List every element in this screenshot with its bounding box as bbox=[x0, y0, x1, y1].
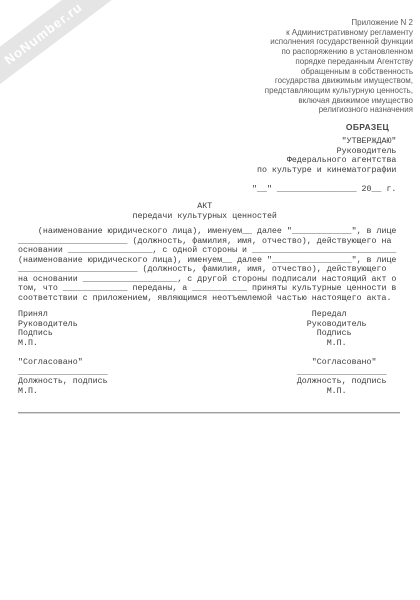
act-title: АКТ передачи культурных ценностей bbox=[18, 202, 277, 221]
body-line: (наименование юридического лица), именуе… bbox=[18, 256, 396, 266]
document-page: NoNumber.ru Приложение N 2 к Администрат… bbox=[0, 0, 420, 600]
act-title-line: АКТ bbox=[18, 202, 277, 212]
appendix-line: к Административному регламенту bbox=[265, 28, 413, 38]
act-body-paragraph: (наименование юридического лица), именуе… bbox=[18, 227, 396, 303]
signature-line-blank bbox=[18, 348, 386, 358]
appendix-line: порядке переданным Агентству bbox=[265, 57, 413, 67]
approval-date-line: "__" ________________ 20__ г. bbox=[18, 185, 396, 195]
body-line: ________________________ (должность, фам… bbox=[18, 265, 396, 275]
approval-line: Федерального агентства bbox=[18, 156, 396, 166]
body-line: (наименование юридического лица), именуе… bbox=[18, 227, 396, 237]
approval-line: "УТВЕРЖДАЮ" bbox=[18, 137, 396, 147]
signature-line: М.П. М.П. bbox=[18, 339, 386, 349]
appendix-line: религиозного назначения bbox=[265, 105, 413, 115]
watermark-text: NoNumber.ru bbox=[1, 0, 85, 67]
approval-line: по культуре и кинематографии bbox=[18, 166, 396, 176]
signature-line: Принял Передал bbox=[18, 310, 386, 320]
signature-line: Должность, подпись Должность, подпись bbox=[18, 377, 386, 387]
appendix-line: представляющим культурную ценность, bbox=[265, 86, 413, 96]
act-subtitle-line: передачи культурных ценностей bbox=[18, 212, 277, 222]
appendix-line: исполнения государственной функции bbox=[265, 37, 413, 47]
divider-line bbox=[18, 412, 400, 414]
body-line: соответствии с приложением, являющимся н… bbox=[18, 294, 396, 304]
appendix-line: государства движимым имуществом, bbox=[265, 76, 413, 86]
appendix-line: по распоряжению в установленном bbox=[265, 47, 413, 57]
body-line: том, что _____________ переданы, а _____… bbox=[18, 284, 396, 294]
signature-block: Принял Передал Руководитель Руководитель… bbox=[18, 310, 386, 396]
sample-label: ОБРАЗЕЦ bbox=[346, 122, 389, 132]
signature-line: М.П. М.П. bbox=[18, 387, 386, 397]
appendix-line: включая движимое имущество bbox=[265, 96, 413, 106]
appendix-header: Приложение N 2 к Административному регла… bbox=[265, 18, 413, 115]
signature-line: "Согласовано" "Согласовано" bbox=[18, 358, 386, 368]
body-line: основании _________________, с одной сто… bbox=[18, 246, 396, 256]
body-line: на основании ___________________, с друг… bbox=[18, 275, 396, 285]
approval-block: "УТВЕРЖДАЮ" Руководитель Федерального аг… bbox=[18, 137, 396, 194]
appendix-line: Приложение N 2 bbox=[265, 18, 413, 28]
signature-line: Подпись Подпись bbox=[18, 329, 386, 339]
appendix-line: обращенным в собственность bbox=[265, 67, 413, 77]
approval-line-blank bbox=[18, 175, 396, 185]
signature-line: Руководитель Руководитель bbox=[18, 320, 386, 330]
watermark-ribbon: NoNumber.ru bbox=[0, 0, 128, 102]
body-line: ______________________ (должность, фамил… bbox=[18, 237, 396, 247]
approval-line: Руководитель bbox=[18, 147, 396, 157]
signature-line: __________________ __________________ bbox=[18, 368, 386, 378]
